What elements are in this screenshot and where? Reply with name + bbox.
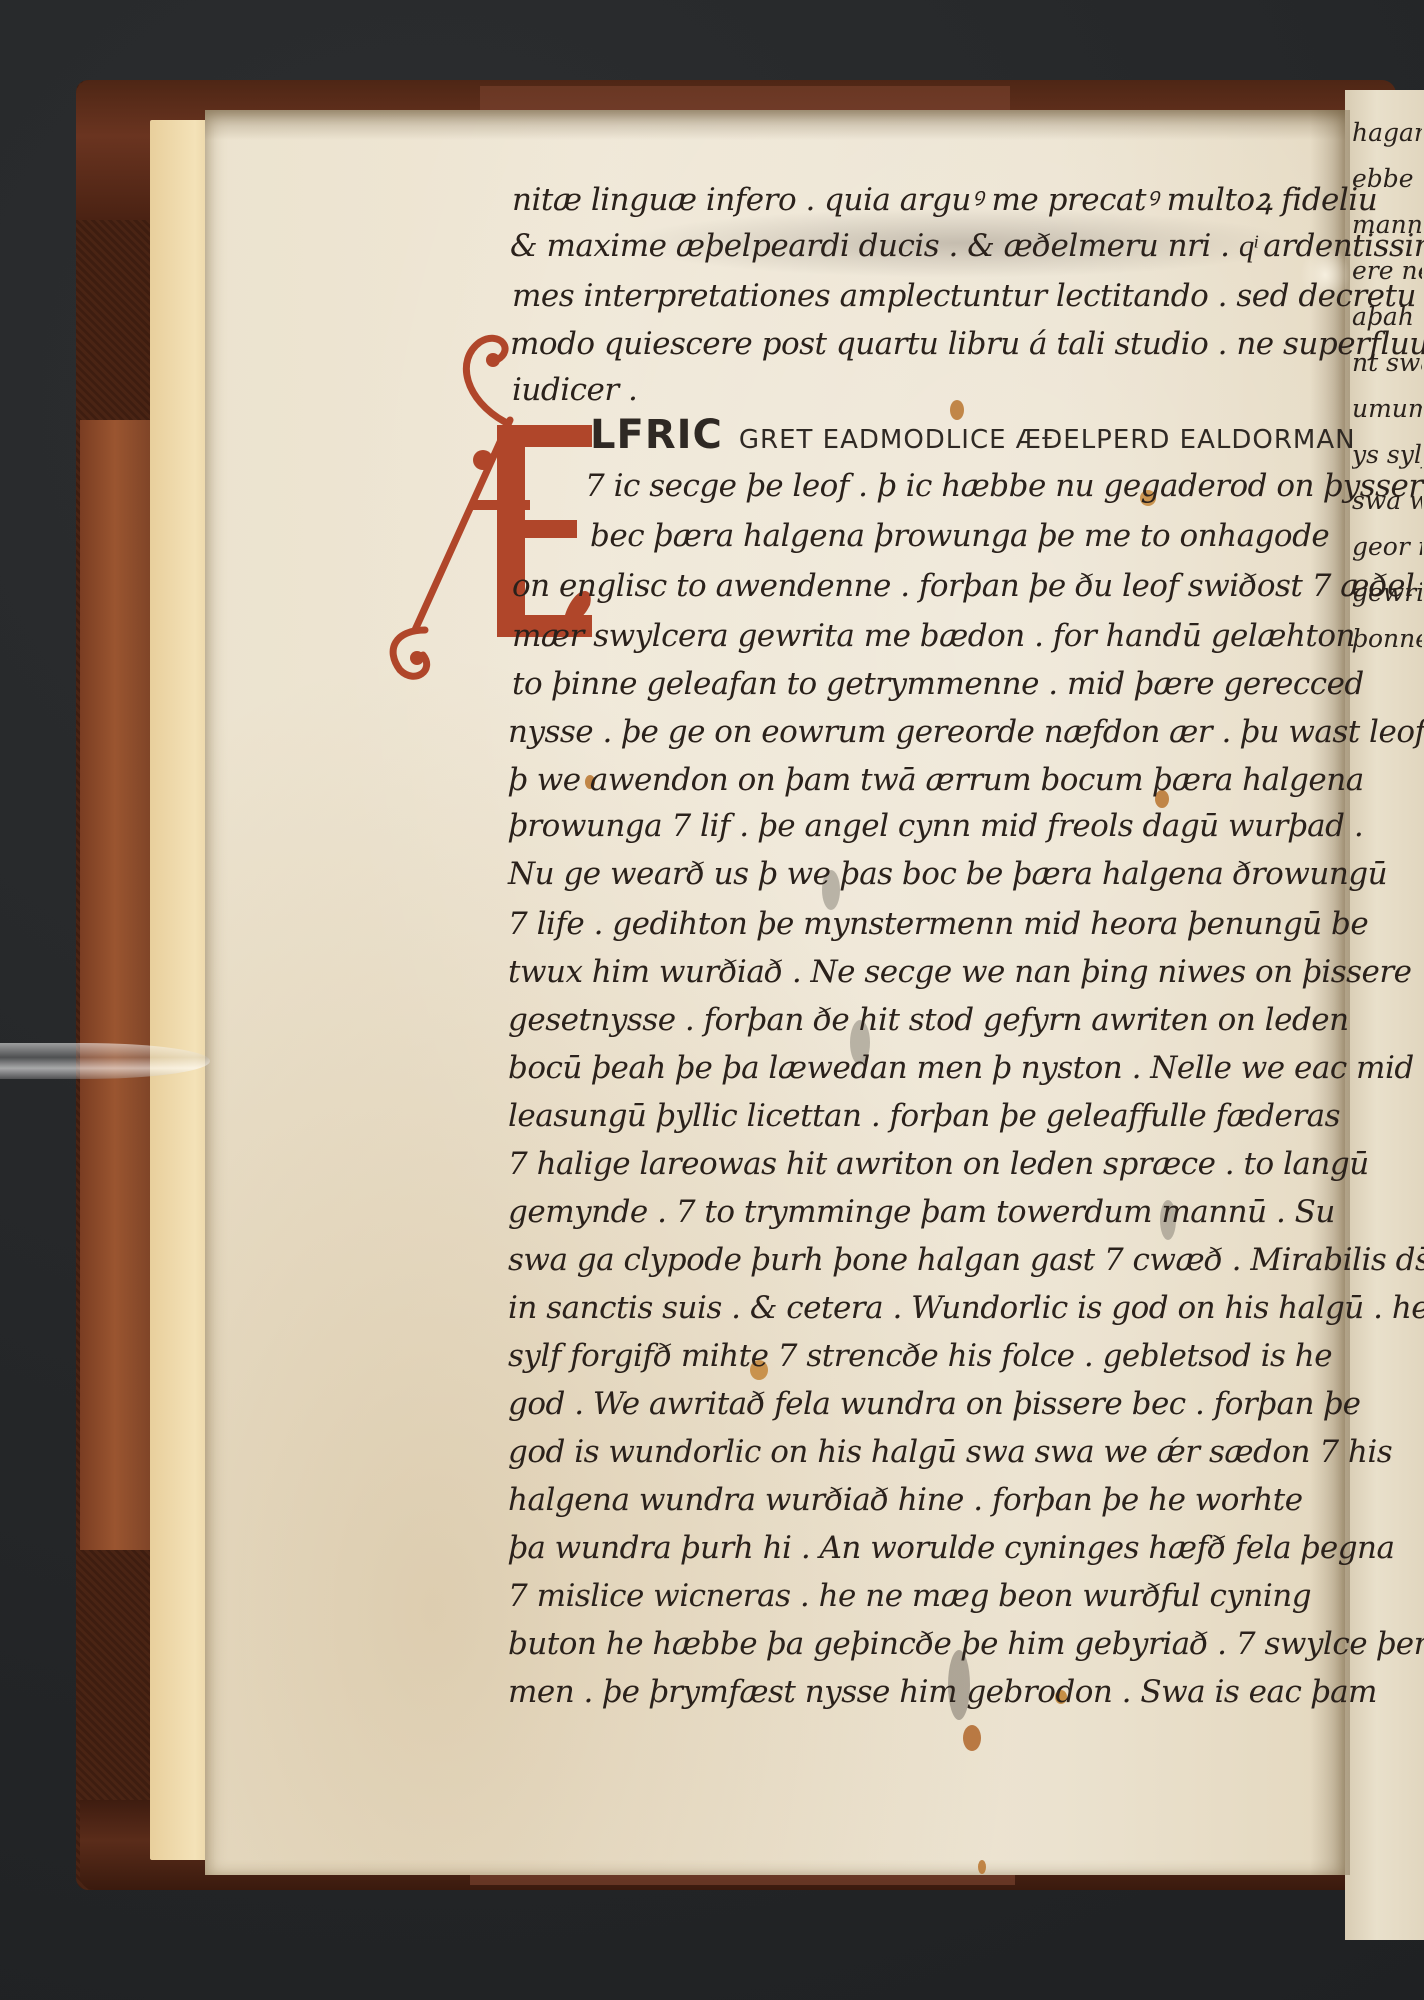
- heading-first-word: LFRIC: [590, 412, 723, 458]
- latin-line: nitæ linguæ infero . quia arguꝰ me preca…: [512, 178, 1377, 220]
- old-english-line: god is wundorlic on his halgū swa swa we…: [508, 1434, 1392, 1470]
- old-english-line: twux him wurðiað . Ne secge we nan þing …: [508, 954, 1412, 990]
- old-english-line: mær swylcera gewrita me bædon . for hand…: [512, 618, 1355, 654]
- text-column: nitæ linguæ infero . quia arguꝰ me preca…: [0, 0, 1424, 2000]
- old-english-line: bec þæra halgena þrowunga þe me to onhag…: [590, 518, 1329, 554]
- old-english-line: 7 ic secge þe leof . þ ic hæbbe nu gegad…: [585, 468, 1424, 504]
- old-english-line: swa ga clypode þurh þone halgan gast 7 c…: [508, 1242, 1424, 1278]
- old-english-line: þ we awendon on þam twā ærrum bocum þæra…: [508, 762, 1364, 798]
- latin-line: mes interpretationes amplectuntur lectit…: [512, 278, 1416, 314]
- old-english-line: 7 mislice wicneras . he ne mæg beon wurð…: [508, 1578, 1311, 1614]
- old-english-line: gesetnysse . forþan ðe hit stod gefyrn a…: [508, 1002, 1349, 1038]
- heading-rest: GRET EADMODLICE ÆÐELPERD EALDORMAN: [739, 425, 1356, 455]
- old-english-line: þa wundra þurh hi . An worulde cyninges …: [508, 1530, 1395, 1566]
- old-english-line: in sanctis suis . & cetera . Wundorlic i…: [508, 1290, 1424, 1326]
- old-english-line: sylf forgifð mihte 7 strencðe his folce …: [508, 1338, 1332, 1374]
- old-english-line: on englisc to awendenne . forþan þe ðu l…: [512, 568, 1414, 604]
- old-english-line: þrowunga 7 lif . þe angel cynn mid freol…: [508, 808, 1363, 844]
- latin-line: & maxime æþelpeardi ducis . & æðelmeru n…: [510, 228, 1424, 264]
- old-english-line: to þinne geleafan to getrymmenne . mid þ…: [512, 666, 1364, 702]
- old-english-line: nysse . þe ge on eowrum gereorde næfdon …: [508, 714, 1424, 750]
- old-english-line: 7 halige lareowas hit awriton on leden s…: [508, 1146, 1369, 1182]
- old-english-line: bocū þeah þe þa læwedan men þ nyston . N…: [508, 1050, 1414, 1086]
- old-english-line: god . We awritað fela wundra on þissere …: [508, 1386, 1361, 1422]
- old-english-line: gemynde . 7 to trymminge þam towerdum ma…: [508, 1194, 1335, 1230]
- latin-line: modo quiescere post quartu libru á tali …: [510, 326, 1424, 362]
- old-english-line: halgena wundra wurðiað hine . forþan þe …: [508, 1482, 1303, 1518]
- latin-line: iudicer .: [512, 372, 637, 408]
- old-english-line: men . þe þrymfæst nysse him gebrodon . S…: [508, 1674, 1377, 1710]
- heading-aelfric-greeting: LFRICGRET EADMODLICE ÆÐELPERD EALDORMAN: [590, 412, 1356, 458]
- old-english-line: buton he hæbbe þa geþincðe þe him gebyri…: [508, 1626, 1424, 1662]
- old-english-line: Nu ge wearð us þ we þas boc be þæra halg…: [508, 856, 1387, 892]
- old-english-line: leasungū þyllic licettan . forþan þe gel…: [508, 1098, 1340, 1134]
- old-english-line: 7 life . gedihton þe mynstermenn mid heo…: [508, 906, 1368, 942]
